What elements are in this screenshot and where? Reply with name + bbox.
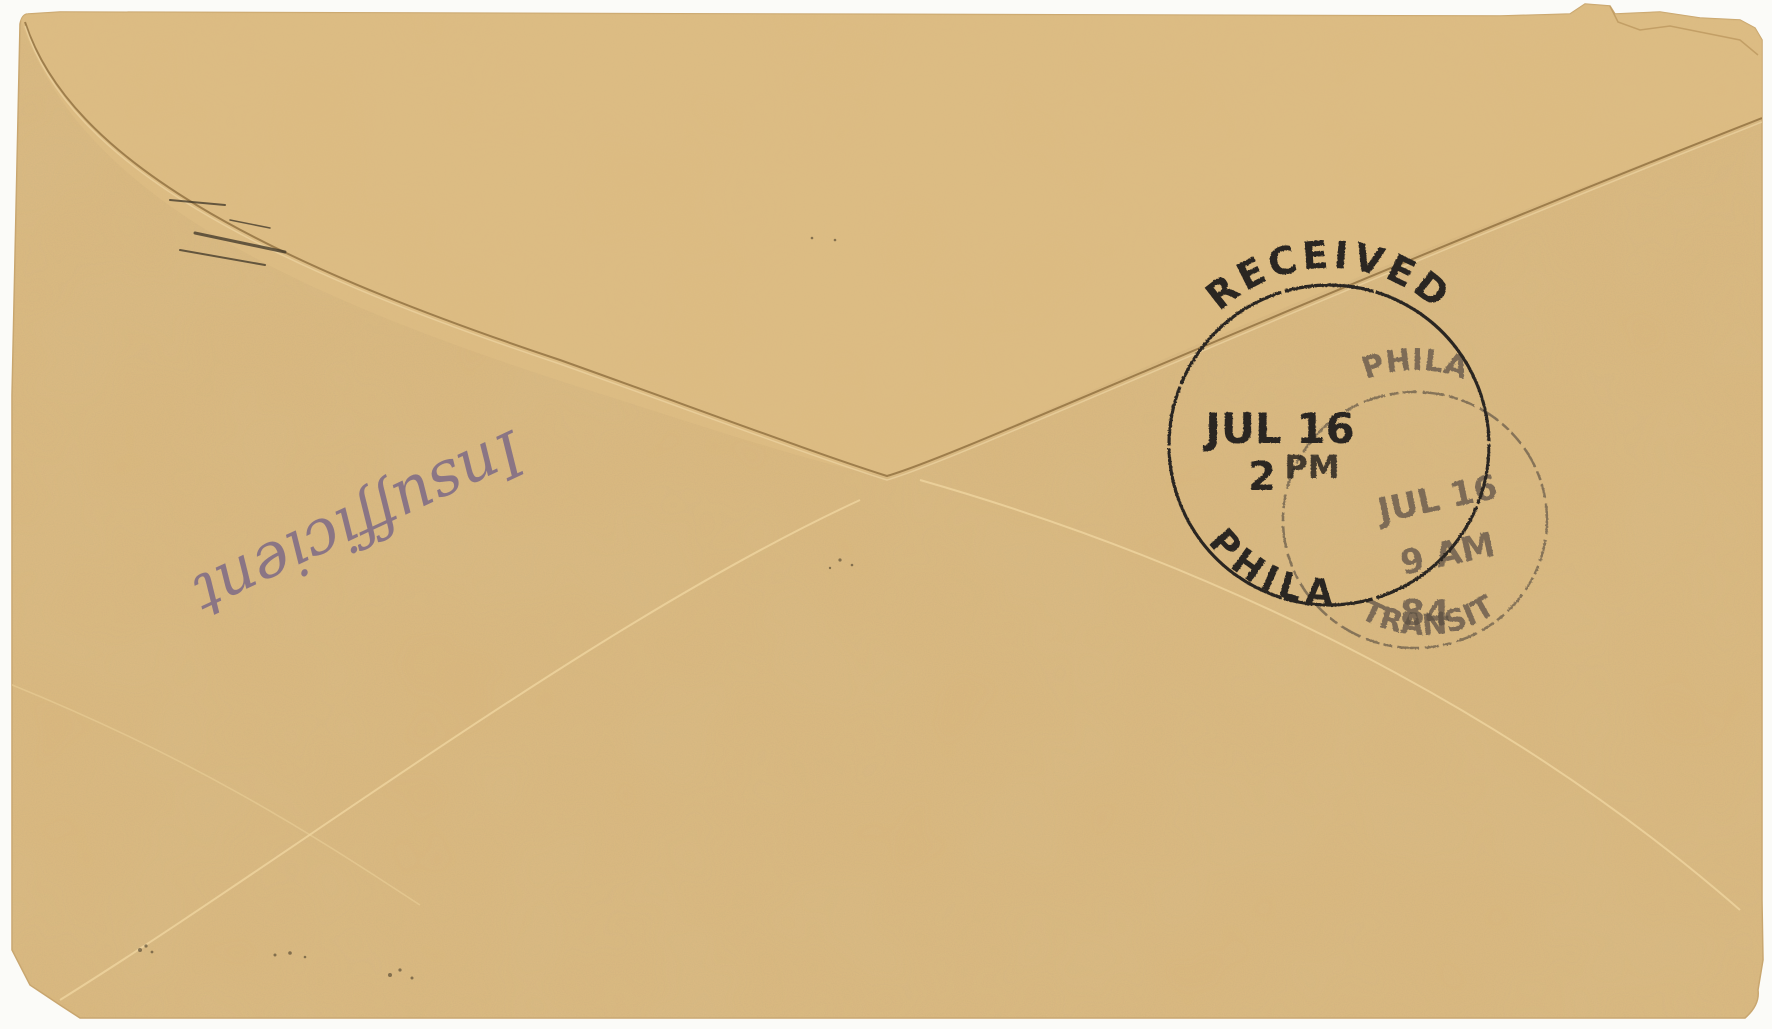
received-line1: JUL 16 (1202, 404, 1355, 453)
received-line3: PM (1284, 448, 1339, 486)
transit-year: 84 (1400, 593, 1450, 634)
envelope-body (0, 0, 1772, 1029)
envelope: Insufficient PHILA TRANSIT JUL 16 9 AM 8… (0, 0, 1772, 1029)
envelope-scan: Insufficient PHILA TRANSIT JUL 16 9 AM 8… (0, 0, 1772, 1029)
received-line2: 2 (1248, 454, 1276, 500)
